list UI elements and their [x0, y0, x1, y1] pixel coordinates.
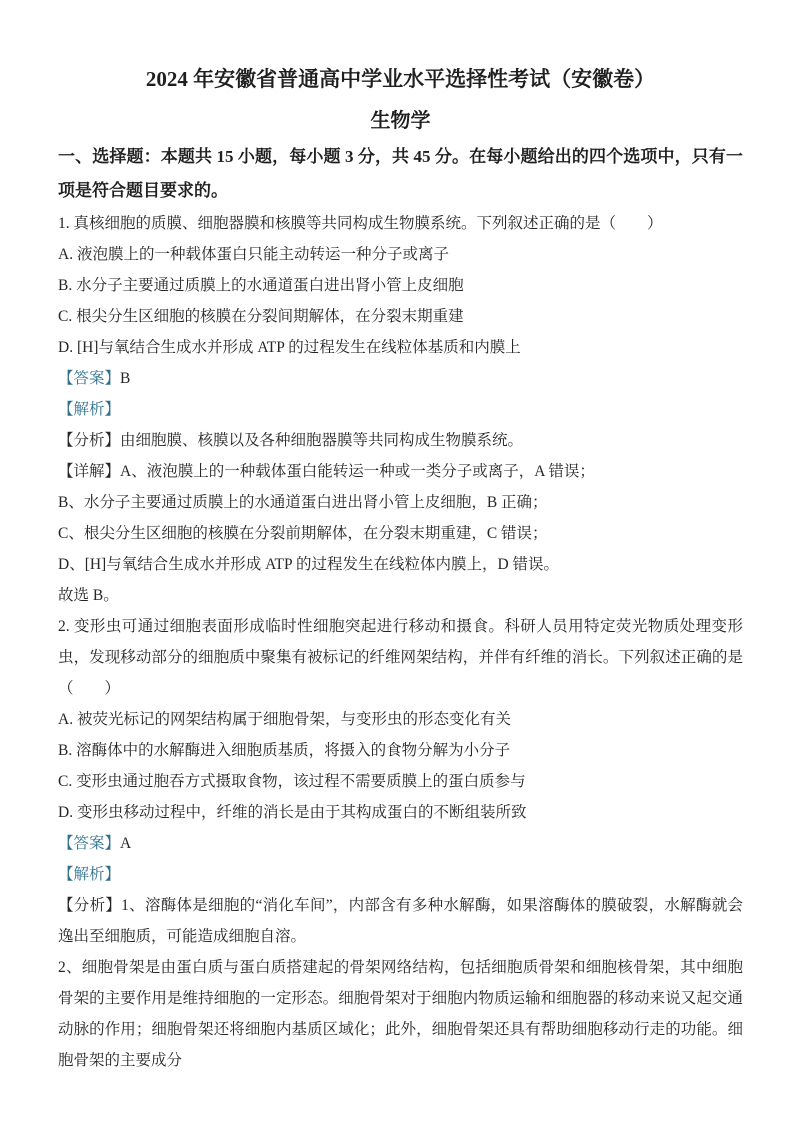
answer-label: 【答案】: [58, 370, 120, 387]
analysis-line: B、水分子主要通过质膜上的水通道蛋白进出肾小管上皮细胞，B 正确；: [58, 487, 743, 518]
answer-value: B: [120, 370, 130, 387]
question-stem: 1. 真核细胞的质膜、细胞器膜和核膜等共同构成生物膜系统。下列叙述正确的是（ ）: [58, 208, 743, 239]
analysis-line: 【分析】由细胞膜、核膜以及各种细胞器膜等共同构成生物膜系统。: [58, 425, 743, 456]
analysis-label: 【解析】: [58, 401, 120, 418]
option-line-a: A. 被荧光标记的网架结构属于细胞骨架，与变形虫的形态变化有关: [58, 704, 743, 735]
option-line-d: D. 变形虫移动过程中，纤维的消长是由于其构成蛋白的不断组装所致: [58, 797, 743, 828]
section-heading: 一、选择题：本题共 15 小题，每小题 3 分，共 45 分。在每小题给出的四个…: [58, 140, 743, 208]
option-line-b: B. 溶酶体中的水解酶进入细胞质基质，将摄入的食物分解为小分子: [58, 735, 743, 766]
analysis-line: 故选 B。: [58, 580, 743, 611]
analysis-line: D、[H]与氧结合生成水并形成 ATP 的过程发生在线粒体内膜上，D 错误。: [58, 549, 743, 580]
analysis-label-line: 【解析】: [58, 859, 743, 890]
option-line-c: C. 根尖分生区细胞的核膜在分裂间期解体，在分裂末期重建: [58, 301, 743, 332]
option-line-b: B. 水分子主要通过质膜上的水通道蛋白进出肾小管上皮细胞: [58, 270, 743, 301]
analysis-line: 【分析】1、溶酶体是细胞的“消化车间”，内部含有多种水解酶，如果溶酶体的膜破裂，…: [58, 890, 743, 952]
option-line-d: D. [H]与氧结合生成水并形成 ATP 的过程发生在线粒体基质和内膜上: [58, 332, 743, 363]
analysis-line: C、根尖分生区细胞的核膜在分裂前期解体，在分裂末期重建，C 错误；: [58, 518, 743, 549]
document-page: 2024 年安徽省普通高中学业水平选择性考试（安徽卷） 生物学 一、选择题：本题…: [0, 0, 793, 1122]
option-line-a: A. 液泡膜上的一种载体蛋白只能主动转运一种分子或离子: [58, 239, 743, 270]
exam-title: 2024 年安徽省普通高中学业水平选择性考试（安徽卷）: [58, 62, 743, 96]
analysis-label-line: 【解析】: [58, 394, 743, 425]
option-line-c: C. 变形虫通过胞吞方式摄取食物，该过程不需要质膜上的蛋白质参与: [58, 766, 743, 797]
exam-subtitle: 生物学: [58, 104, 743, 138]
question-block-2: 2. 变形虫可通过细胞表面形成临时性细胞突起进行移动和摄食。科研人员用特定荧光物…: [58, 611, 743, 1076]
question-stem: 2. 变形虫可通过细胞表面形成临时性细胞突起进行移动和摄食。科研人员用特定荧光物…: [58, 611, 743, 704]
analysis-line: 2、细胞骨架是由蛋白质与蛋白质搭建起的骨架网络结构，包括细胞质骨架和细胞核骨架，…: [58, 952, 743, 1076]
answer-line: 【答案】B: [58, 363, 743, 394]
question-block-1: 1. 真核细胞的质膜、细胞器膜和核膜等共同构成生物膜系统。下列叙述正确的是（ ）…: [58, 208, 743, 611]
analysis-line: 【详解】A、液泡膜上的一种载体蛋白能转运一种或一类分子或离子，A 错误；: [58, 456, 743, 487]
analysis-label: 【解析】: [58, 866, 120, 883]
answer-value: A: [120, 835, 131, 852]
answer-line: 【答案】A: [58, 828, 743, 859]
answer-label: 【答案】: [58, 835, 120, 852]
